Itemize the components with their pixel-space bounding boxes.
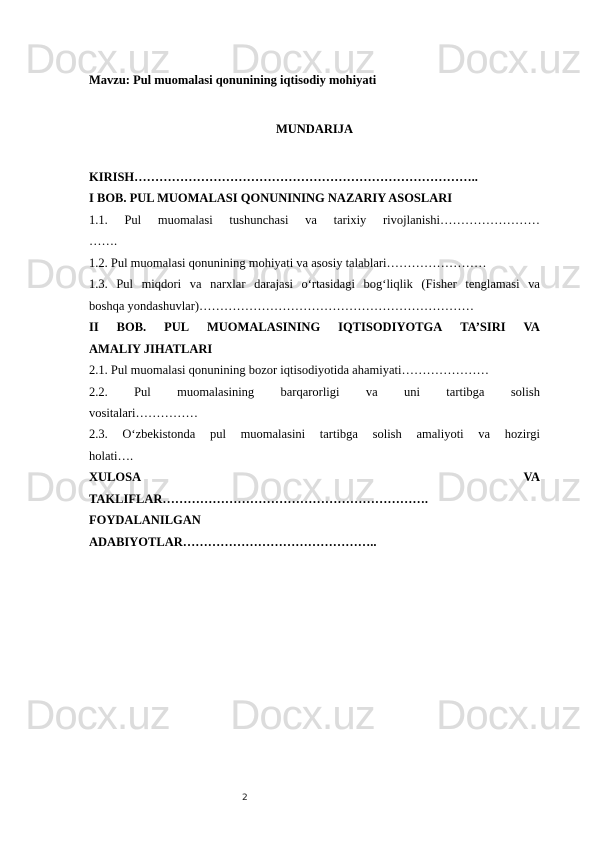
toc-word: II bbox=[89, 319, 99, 335]
toc-word: tenglamasi bbox=[465, 276, 519, 292]
toc-entry: ……. bbox=[89, 233, 540, 249]
toc-word: VA bbox=[524, 469, 540, 485]
toc-word: tartibga bbox=[320, 426, 358, 442]
watermark: Docx.uz bbox=[230, 694, 375, 736]
toc-entry: FOYDALANILGAN bbox=[89, 512, 540, 528]
toc-word: pul bbox=[210, 426, 226, 442]
toc-word: Pul bbox=[116, 276, 133, 292]
toc-word: barqarorligi bbox=[281, 384, 340, 400]
toc-word: uni bbox=[404, 384, 420, 400]
toc-title: MUNDARIJA bbox=[89, 121, 540, 137]
toc-entry: holati…. bbox=[89, 448, 540, 464]
toc-entry: vositalari…………… bbox=[89, 405, 540, 421]
toc-word: hozirgi bbox=[505, 426, 540, 442]
page-number: 2 bbox=[242, 793, 248, 803]
toc-word: va bbox=[190, 276, 202, 292]
toc-word: (Fisher bbox=[421, 276, 456, 292]
toc-word: darajasi bbox=[254, 276, 293, 292]
toc-word: tartibga bbox=[446, 384, 484, 400]
toc-word: tarixiy bbox=[334, 212, 367, 228]
toc-word: va bbox=[478, 426, 490, 442]
toc-entry: 2.3.O‘zbekistondapulmuomalasinitartibgas… bbox=[89, 426, 540, 442]
toc-word: Pul bbox=[124, 212, 141, 228]
toc-word: 2.2. bbox=[89, 384, 108, 400]
toc-word: XULOSA bbox=[89, 469, 141, 485]
toc-word: Pul bbox=[134, 384, 151, 400]
watermark: Docx.uz bbox=[436, 694, 581, 736]
toc-entry: 1.3.Pulmiqdorivanarxlardarajasio‘rtasida… bbox=[89, 276, 540, 292]
toc-entry: 1.1.Pulmuomalasitushunchasivatarixiyrivo… bbox=[89, 212, 540, 228]
toc-entry: 1.2. Pul muomalasi qonunining mohiyati v… bbox=[89, 255, 540, 271]
toc-word: amaliyoti bbox=[416, 426, 463, 442]
toc-word: o‘rtasidagi bbox=[302, 276, 355, 292]
toc-word: rivojlanishi…………………… bbox=[383, 212, 540, 228]
toc-word: VA bbox=[524, 319, 540, 335]
toc-word: muomalasi bbox=[158, 212, 213, 228]
topic-title: Mavzu: Pul muomalasi qonunining iqtisodi… bbox=[89, 72, 540, 88]
toc-entry: KIRISH……………………………………………………………………….. bbox=[89, 169, 540, 185]
watermark: Docx.uz bbox=[25, 694, 170, 736]
toc-word: IQTISODIYOTGA bbox=[338, 319, 442, 335]
toc-entry: AMALIY JIHATLARI bbox=[89, 341, 540, 357]
toc-word: solish bbox=[511, 384, 540, 400]
toc-entry: IIBOB.PULMUOMALASININGIQTISODIYOTGATA’SI… bbox=[89, 319, 540, 335]
toc-word: 1.3. bbox=[89, 276, 108, 292]
toc-word: va bbox=[305, 212, 317, 228]
toc-entry: XULOSAVA bbox=[89, 469, 540, 485]
toc-word: solish bbox=[373, 426, 402, 442]
toc-word: narxlar bbox=[210, 276, 245, 292]
toc-entry: I BOB. PUL MUOMALASI QONUNINING NAZARIY … bbox=[89, 190, 540, 206]
toc-word: MUOMALASINING bbox=[207, 319, 320, 335]
toc-word: TA’SIRI bbox=[460, 319, 505, 335]
toc-word: O‘zbekistonda bbox=[122, 426, 195, 442]
toc-word: muomalasini bbox=[241, 426, 306, 442]
toc-word: 2.3. bbox=[89, 426, 108, 442]
toc-word: bog‘liqlik bbox=[364, 276, 413, 292]
toc-word: miqdori bbox=[142, 276, 182, 292]
toc-entry: 2.1. Pul muomalasi qonunining bozor iqti… bbox=[89, 362, 540, 378]
toc-word: PUL bbox=[164, 319, 189, 335]
toc-entry: 2.2.Pulmuomalasiningbarqarorligivaunitar… bbox=[89, 384, 540, 400]
toc-word: va bbox=[366, 384, 378, 400]
toc-entry: TAKLIFLAR………………………………………………………. bbox=[89, 491, 540, 507]
toc-word: muomalasining bbox=[177, 384, 254, 400]
toc-word: BOB. bbox=[117, 319, 147, 335]
toc-word: tushunchasi bbox=[229, 212, 288, 228]
toc-entry: boshqa yondashuvlar)……………………………………………………… bbox=[89, 298, 540, 314]
toc-word: va bbox=[528, 276, 540, 292]
toc-word: 1.1. bbox=[89, 212, 108, 228]
toc-entry: ADABIYOTLAR……………………………………….. bbox=[89, 534, 540, 550]
